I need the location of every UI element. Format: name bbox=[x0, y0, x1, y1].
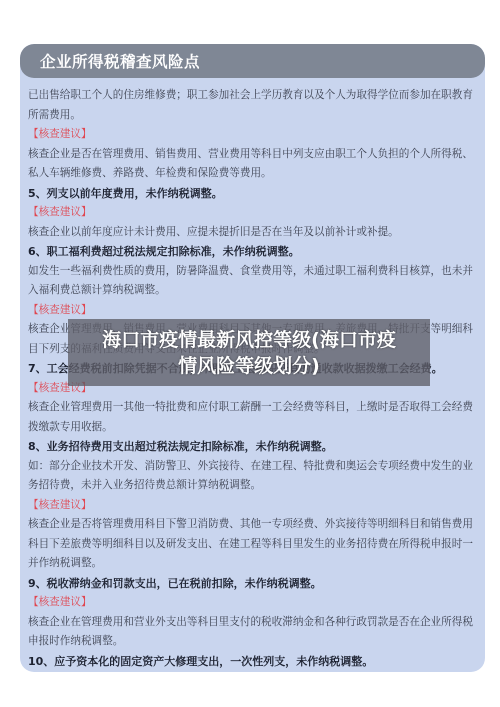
paragraph: 核查企业是否将管理费用科目下警卫消防费、其他一专项经费、外宾接待等明细科目和销售… bbox=[28, 515, 477, 574]
overlay-title-line1: 海口市疫情最新风控等级(海口市疫 bbox=[102, 327, 396, 353]
overlay-title-line2: 情风险等级划分) bbox=[178, 353, 320, 379]
paragraph: 如发生一些福利费性质的费用，防暑降温费、食堂费用等，未通过职工福利费科目核算，也… bbox=[28, 262, 477, 301]
section-heading: 9、税收滞纳金和罚款支出，已在税前扣除，未作纳税调整。 bbox=[28, 574, 477, 594]
section-heading: 8、业务招待费用支出超过税法规定扣除标准，未作纳税调整。 bbox=[28, 437, 477, 457]
check-suggestion-tag: 【核查建议】 bbox=[28, 496, 477, 516]
check-suggestion-tag: 【核查建议】 bbox=[28, 301, 477, 321]
paragraph: 核查企业在管理费用和营业外支出等科目里支付的税收滞纳金和各种行政罚款是否在企业所… bbox=[28, 613, 477, 652]
paragraph: 核查企业是否在管理费用、销售费用、营业费用等科目中列支应由职工个人负担的个人所得… bbox=[28, 145, 477, 184]
section-heading: 5、列支以前年度费用，未作纳税调整。 bbox=[28, 184, 477, 204]
title-overlay: 海口市疫情最新风控等级(海口市疫 情风险等级划分) bbox=[68, 319, 430, 386]
check-suggestion-tag: 【核查建议】 bbox=[28, 203, 477, 223]
paragraph: 核查企业管理费用一其他一特批费和应付职工薪酬一工会经费等科目，上缴时是否取得工会… bbox=[28, 398, 477, 437]
paragraph: 已出售给职工个人的住房维修费；职工参加社会上学历教育以及个人为取得学位而参加在职… bbox=[28, 86, 477, 125]
check-suggestion-tag: 【核查建议】 bbox=[28, 125, 477, 145]
card-title: 企业所得税稽查风险点 bbox=[40, 50, 200, 72]
check-suggestion-tag: 【核查建议】 bbox=[28, 593, 477, 613]
card-header: 企业所得税稽查风险点 bbox=[20, 44, 485, 78]
paragraph: 核查企业以前年度应计未计费用、应提未提折旧是否在当年及以前补计或补提。 bbox=[28, 223, 477, 243]
section-heading: 10、应予资本化的固定资产大修理支出，一次性列支，未作纳税调整。 bbox=[28, 652, 477, 672]
section-heading: 6、职工福利费超过税法规定扣除标准，未作纳税调整。 bbox=[28, 242, 477, 262]
paragraph: 如：部分企业技术开发、消防警卫、外宾接待、在建工程、特批费和奥运会专项经费中发生… bbox=[28, 457, 477, 496]
